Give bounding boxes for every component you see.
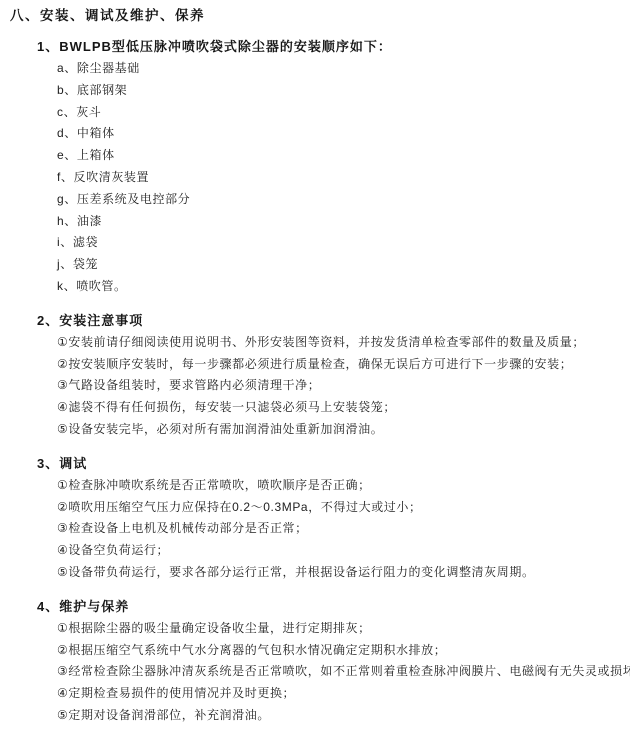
maintenance-heading: 4、维护与保养 bbox=[37, 599, 622, 615]
list-item: ②喷吹用压缩空气压力应保持在0.2～0.3MPa，不得过大或过小； bbox=[57, 497, 622, 519]
debugging-heading: 3、调试 bbox=[37, 456, 622, 472]
list-item: ③检查设备上电机及机械传动部分是否正常； bbox=[57, 518, 622, 540]
list-item: ④设备空负荷运行； bbox=[57, 540, 622, 562]
installation-order-list: a、除尘器基础 b、底部钢架 c、灰斗 d、中箱体 e、上箱体 f、反吹清灰装置… bbox=[57, 58, 622, 298]
list-item: f、反吹清灰装置 bbox=[57, 167, 622, 189]
installation-order-heading: 1、BWLPB型低压脉冲喷吹袋式除尘器的安装顺序如下： bbox=[37, 39, 622, 55]
list-item: e、上箱体 bbox=[57, 145, 622, 167]
list-item: ④定期检查易损件的使用情况并及时更换； bbox=[57, 683, 622, 705]
list-item: ⑤定期对设备润滑部位，补充润滑油。 bbox=[57, 705, 622, 727]
list-item: j、袋笼 bbox=[57, 254, 622, 276]
section-installation-order: 1、BWLPB型低压脉冲喷吹袋式除尘器的安装顺序如下： a、除尘器基础 b、底部… bbox=[10, 39, 622, 298]
list-item: k、喷吹管。 bbox=[57, 276, 622, 298]
list-item: h、油漆 bbox=[57, 211, 622, 233]
list-item: ①根据除尘器的吸尘量确定设备收尘量，进行定期排灰； bbox=[57, 618, 622, 640]
document-page: 八、安装、调试及维护、保养 1、BWLPB型低压脉冲喷吹袋式除尘器的安装顺序如下… bbox=[0, 0, 630, 729]
list-item: c、灰斗 bbox=[57, 102, 622, 124]
section-maintenance: 4、维护与保养 ①根据除尘器的吸尘量确定设备收尘量，进行定期排灰； ②根据压缩空… bbox=[10, 599, 622, 727]
section-debugging: 3、调试 ①检查脉冲喷吹系统是否正常喷吹，喷吹顺序是否正确； ②喷吹用压缩空气压… bbox=[10, 456, 622, 584]
list-item: ①检查脉冲喷吹系统是否正常喷吹，喷吹顺序是否正确； bbox=[57, 475, 622, 497]
debugging-list: ①检查脉冲喷吹系统是否正常喷吹，喷吹顺序是否正确； ②喷吹用压缩空气压力应保持在… bbox=[57, 475, 622, 584]
list-item: ①安装前请仔细阅读使用说明书、外形安装图等资料，并按发货清单检查零部件的数量及质… bbox=[57, 332, 622, 354]
list-item: d、中箱体 bbox=[57, 123, 622, 145]
list-item: ④滤袋不得有任何损伤，每安装一只滤袋必须马上安装袋笼； bbox=[57, 397, 622, 419]
list-item: ③气路设备组装时，要求管路内必须清理干净； bbox=[57, 375, 622, 397]
section-installation-notes: 2、安装注意事项 ①安装前请仔细阅读使用说明书、外形安装图等资料，并按发货清单检… bbox=[10, 313, 622, 441]
list-item: b、底部钢架 bbox=[57, 80, 622, 102]
list-item: ⑤设备安装完毕，必须对所有需加润滑油处重新加润滑油。 bbox=[57, 419, 622, 441]
list-item: a、除尘器基础 bbox=[57, 58, 622, 80]
list-item: i、滤袋 bbox=[57, 232, 622, 254]
list-item: ②按安装顺序安装时，每一步骤都必须进行质量检查，确保无误后方可进行下一步骤的安装… bbox=[57, 354, 622, 376]
list-item: ③经常检查除尘器脉冲清灰系统是否正常喷吹，如不正常则着重检查脉冲阀膜片、电磁阀有… bbox=[57, 661, 622, 683]
installation-notes-list: ①安装前请仔细阅读使用说明书、外形安装图等资料，并按发货清单检查零部件的数量及质… bbox=[57, 332, 622, 441]
list-item: g、压差系统及电控部分 bbox=[57, 189, 622, 211]
page-title: 八、安装、调试及维护、保养 bbox=[10, 7, 622, 24]
installation-notes-heading: 2、安装注意事项 bbox=[37, 313, 622, 329]
list-item: ⑤设备带负荷运行，要求各部分运行正常，并根据设备运行阻力的变化调整清灰周期。 bbox=[57, 562, 622, 584]
list-item: ②根据压缩空气系统中气水分离器的气包积水情况确定定期积水排放； bbox=[57, 640, 622, 662]
maintenance-list: ①根据除尘器的吸尘量确定设备收尘量，进行定期排灰； ②根据压缩空气系统中气水分离… bbox=[57, 618, 622, 727]
